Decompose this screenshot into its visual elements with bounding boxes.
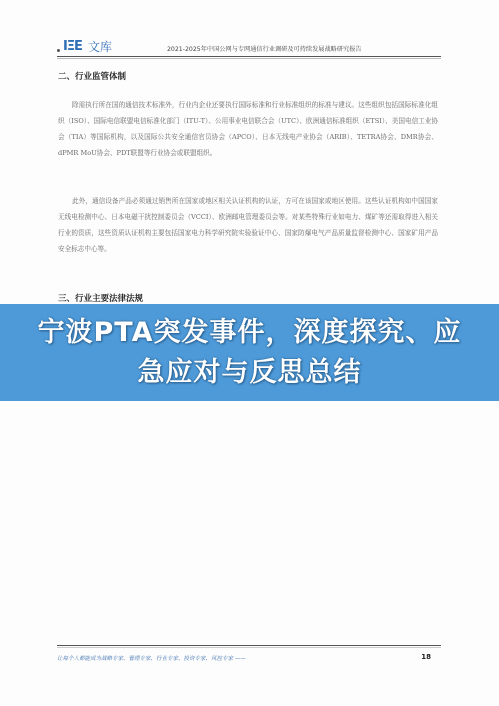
page-footer: 让每个人都能成为战略专家、管理专家、行业专家、投资专家、风控专家 —— 18 (57, 645, 441, 675)
title-banner: 宁波PTA突发事件，深度探究、应急应对与反思总结 (0, 304, 499, 401)
logo-text: 文库 (88, 38, 112, 55)
report-title: 2021-2025年中国公网与专网通信行业调研及可持续发展战略研究报告 (167, 44, 362, 53)
section-title-regulatory: 二、行业监管体制 (58, 70, 126, 82)
paragraph-standards: 除需执行所在国的通信技术标准外，行业内企业还要执行国际标准和行业标准组织的标准与… (58, 97, 438, 161)
logo-dot-icon (57, 49, 60, 52)
logo-mark: ΙΞΕ (63, 39, 82, 54)
page-number: 18 (421, 653, 431, 661)
banner-title: 宁波PTA突发事件，深度探究、应急应对与反思总结 (30, 313, 470, 393)
header-divider-thin (57, 58, 441, 59)
page-header: ΙΞΕ 文库 2021-2025年中国公网与专网通信行业调研及可持续发展战略研究… (57, 36, 441, 60)
document-page: ΙΞΕ 文库 2021-2025年中国公网与专网通信行业调研及可持续发展战略研究… (0, 0, 499, 706)
paragraph-certification: 此外，通信设备产品必须通过销售所在国家或地区相关认证机构的认证，方可在该国家或地… (58, 193, 438, 257)
logo: ΙΞΕ 文库 (57, 38, 112, 55)
footer-slogan: 让每个人都能成为战略专家、管理专家、行业专家、投资专家、风控专家 —— (57, 654, 246, 662)
header-divider (57, 56, 441, 57)
footer-divider (57, 645, 441, 646)
footer-divider-thin (57, 647, 441, 648)
section-title-laws: 三、行业主要法律法规 (58, 292, 143, 304)
